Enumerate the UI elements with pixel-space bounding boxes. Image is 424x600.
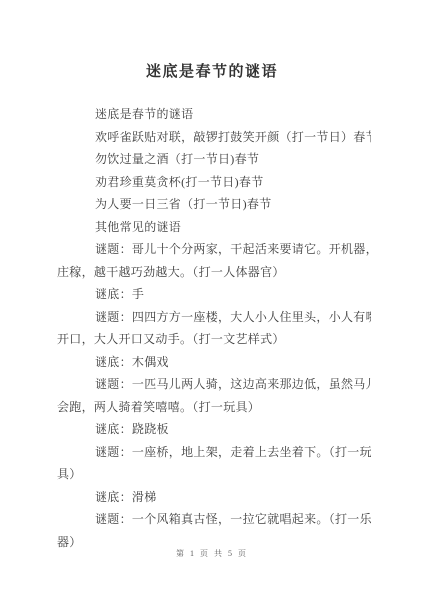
text-line: 欢呼雀跃贴对联，敲锣打鼓笑开颜（打一节日）春节 (57, 126, 371, 149)
text-line: 勿饮过量之酒（打一节日)春节 (57, 148, 371, 171)
text-line: 具） (57, 463, 371, 486)
document-title: 迷底是春节的谜语 (0, 60, 424, 81)
document-page: 迷底是春节的谜语 迷底是春节的谜语欢呼雀跃贴对联，敲锣打鼓笑开颜（打一节日）春节… (0, 0, 424, 600)
text-line: 谜题：一座桥，地上架，走着上去坐着下。（打一玩 (57, 441, 371, 464)
text-line: 迷底是春节的谜语 (57, 103, 371, 126)
text-line: 谜题：一匹马儿两人骑，这边高来那边低，虽然马儿不 (57, 373, 371, 396)
text-line: 谜题：哥儿十个分两家，干起活来要请它。开机器，种 (57, 238, 371, 261)
text-line: 谜底：滑梯 (57, 486, 371, 509)
text-line: 其他常见的谜语 (57, 216, 371, 239)
text-line: 开口，大人开口又动手。（打一文艺样式） (57, 328, 371, 351)
text-line: 劝君珍重莫贪杯(打一节日)春节 (57, 171, 371, 194)
text-line: 谜题：四四方方一座楼，大人小人住里头，小人有嘴不 (57, 306, 371, 329)
text-line: 为人要一日三省（打一节日)春节 (57, 193, 371, 216)
text-line: 谜底：手 (57, 283, 371, 306)
text-line: 庄稼，越干越巧劲越大。（打一人体器官） (57, 261, 371, 284)
page-footer: 第 1 页 共 5 页 (0, 548, 424, 559)
text-line: 谜底：跷跷板 (57, 418, 371, 441)
text-line: 谜题：一个风箱真古怪，一拉它就唱起来。（打一乐 (57, 508, 371, 531)
text-line: 会跑，两人骑着笑嘻嘻。（打一玩具） (57, 396, 371, 419)
text-line: 谜底：木偶戏 (57, 351, 371, 374)
document-body: 迷底是春节的谜语欢呼雀跃贴对联，敲锣打鼓笑开颜（打一节日）春节勿饮过量之酒（打一… (57, 103, 371, 553)
